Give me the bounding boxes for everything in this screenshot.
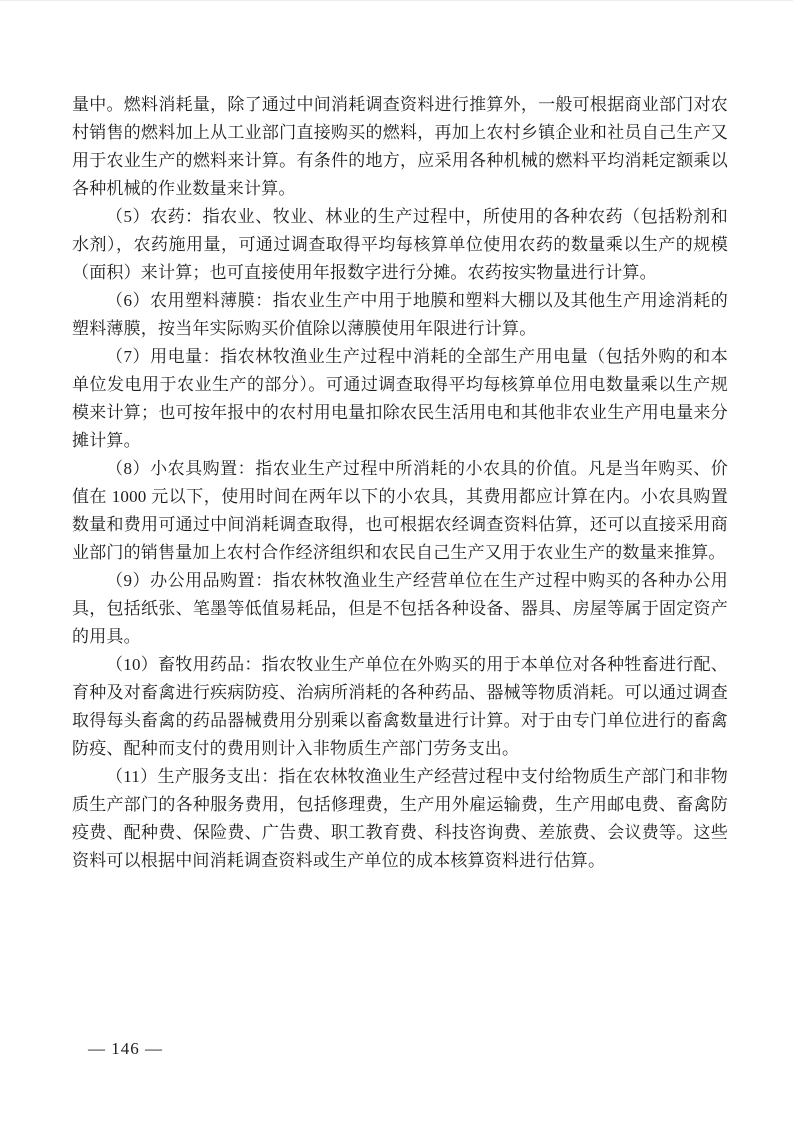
paragraph-continuation: 量中。燃料消耗量，除了通过中间消耗调查资料进行推算外，一般可根据商业部门对农村销…	[72, 91, 728, 203]
paragraph-item-10: （10）畜牧用药品：指农牧业生产单位在外购买的用于本单位对各种牲畜进行配、育种及…	[72, 651, 728, 763]
paragraph-item-5: （5）农药：指农业、牧业、林业的生产过程中，所使用的各种农药（包括粉剂和水剂），…	[72, 203, 728, 287]
paragraph-item-11: （11）生产服务支出：指在农林牧渔业生产经营过程中支付给物质生产部门和非物质生产…	[72, 763, 728, 875]
paragraph-item-7: （7）用电量：指农林牧渔业生产过程中消耗的全部生产用电量（包括外购的和本单位发电…	[72, 343, 728, 455]
page-number: — 146 —	[88, 1037, 163, 1061]
paragraph-item-8: （8）小农具购置：指农业生产过程中所消耗的小农具的价值。凡是当年购买、价值在 1…	[72, 455, 728, 567]
text-block: 量中。燃料消耗量，除了通过中间消耗调查资料进行推算外，一般可根据商业部门对农村销…	[72, 91, 728, 875]
paragraph-item-6: （6）农用塑料薄膜：指农业生产中用于地膜和塑料大棚以及其他生产用途消耗的塑料薄膜…	[72, 287, 728, 343]
paragraph-item-9: （9）办公用品购置：指农林牧渔业生产经营单位在生产过程中购买的各种办公用具，包括…	[72, 567, 728, 651]
document-page: 量中。燃料消耗量，除了通过中间消耗调查资料进行推算外，一般可根据商业部门对农村销…	[0, 0, 793, 1122]
